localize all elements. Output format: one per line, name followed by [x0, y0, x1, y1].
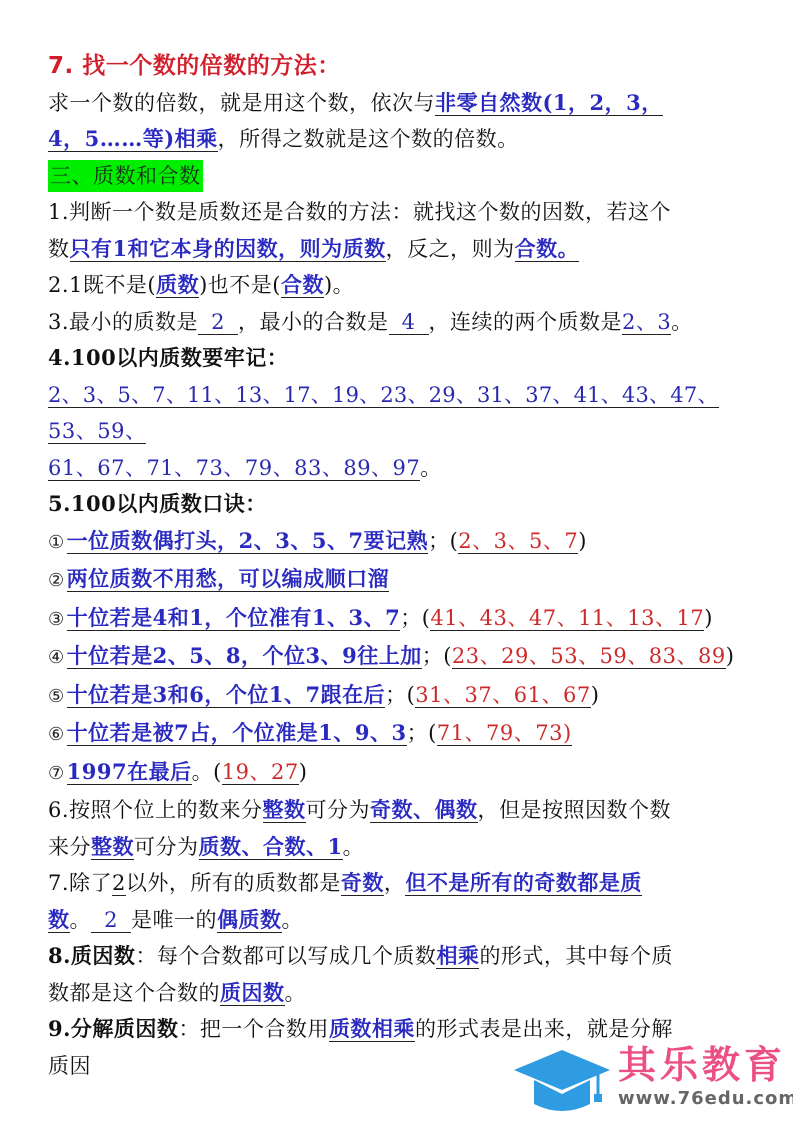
mnemonic-row-5: ⑤十位若是3和6，个位1、7跟在后；(31、37、61、67)	[48, 677, 748, 716]
text: ：每个合数都可以写成几个质数	[135, 944, 436, 968]
mnemonic-text: 十位若是2、5、8，个位3、9往上加	[67, 643, 422, 669]
answer-blank: 质数、合数、1	[199, 834, 343, 860]
item7-line1: 7.除了2以外，所有的质数都是奇数，但不是所有的奇数都是质	[48, 865, 748, 902]
mnemonic-answer: 41、43、47、11、13、17	[430, 606, 704, 631]
text: ；(	[407, 721, 437, 745]
graduation-cap-icon	[512, 1048, 612, 1122]
answer-blank: 奇数	[341, 870, 384, 896]
mnemonic-row-3: ③十位若是4和1，个位准有1、3、7；(41、43、47、11、13、17)	[48, 600, 748, 639]
item3: 3.最小的质数是2，最小的合数是4，连续的两个质数是2、3。	[48, 304, 748, 341]
answer-blank: 53、59、	[48, 419, 146, 444]
mnemonic-answer: 71、79、73)	[437, 721, 572, 746]
chapter-heading-row: 三、质数和合数	[48, 158, 748, 195]
answer-blank: 合数。	[515, 236, 580, 262]
text: ，但是按照因数个数	[478, 798, 672, 822]
mnemonic-row-7: ⑦1997在最后。(19、27)	[48, 754, 748, 793]
text: 的形式，其中每个质	[479, 944, 673, 968]
text: ，连续的两个质数是	[429, 310, 623, 334]
brand-name: 其乐教育	[618, 1042, 786, 1088]
item1-line2: 数只有1和它本身的因数，则为质数，反之，则为合数。	[48, 231, 748, 268]
mnemonic-answer: 2、3、5、7	[458, 529, 578, 554]
text: ；(	[385, 683, 415, 707]
text: 数都是这个合数的	[48, 981, 220, 1005]
text: ：把一个合数用	[178, 1017, 329, 1041]
circled-number: ①	[48, 532, 65, 553]
mnemonic-row-2: ②两位质数不用愁，可以编成顺口溜	[48, 561, 748, 600]
text: 以外，所有的质数都是	[126, 871, 341, 895]
text: 数	[48, 237, 70, 261]
answer-blank: 偶质数	[217, 907, 282, 933]
answer-blank: 非零自然数(1，2，3，	[435, 90, 663, 116]
mnemonic-answer: 19、27	[222, 760, 299, 785]
paragraph-multiples-line2: 4，5……等)相乘，所得之数就是这个数的倍数。	[48, 121, 748, 158]
mnemonic-text: 一位质数偶打头，2、3、5、7要记熟	[67, 528, 428, 554]
answer-blank: 2、3	[622, 310, 671, 335]
answer-blank: 但不是所有的奇数都是质	[405, 870, 642, 896]
text: 。	[343, 835, 365, 859]
answer-blank: 质数	[156, 272, 199, 298]
answer-blank: 整数	[91, 834, 134, 860]
text: 。	[70, 908, 92, 932]
chapter-heading: 三、质数和合数	[48, 160, 203, 192]
mnemonic-text: 十位若是3和6，个位1、7跟在后	[67, 682, 385, 708]
text: ，所得之数就是这个数的倍数。	[218, 127, 519, 151]
circled-number: ②	[48, 570, 65, 591]
item7-line2: 数。2是唯一的偶质数。	[48, 902, 748, 939]
primes-row1: 2、3、5、7、11、13、17、19、23、29、31、37、41、43、47…	[48, 377, 748, 414]
answer-blank: 质因数	[220, 980, 285, 1006]
circled-number: ⑤	[48, 686, 65, 707]
text: )	[299, 760, 308, 784]
mnemonic-text: 十位若是4和1，个位准有1、3、7	[67, 605, 401, 631]
text: )	[704, 606, 713, 630]
text: 。(	[192, 760, 222, 784]
answer-blank: 相乘	[436, 943, 479, 969]
mnemonic-text: 两位质数不用愁，可以编成顺口溜	[67, 566, 390, 592]
mnemonic-heading: 5.100以内质数口诀：	[48, 486, 748, 523]
primes-heading: 4.100以内质数要牢记：	[48, 340, 748, 377]
primes-row3: 61、67、71、73、79、83、89、97。	[48, 450, 748, 487]
term-label: 8.质因数	[48, 943, 135, 968]
item8-line1: 8.质因数：每个合数都可以写成几个质数相乘的形式，其中每个质	[48, 938, 748, 975]
mnemonic-answer: 31、37、61、67	[415, 683, 590, 708]
answer-blank: 2	[198, 310, 238, 335]
text: ，最小的合数是	[238, 310, 389, 334]
text: 是唯一的	[131, 908, 217, 932]
item1-line1: 1.判断一个数是质数还是合数的方法：就找这个数的因数，若这个	[48, 194, 748, 231]
term-label: 9.分解质因数	[48, 1016, 178, 1041]
paragraph-multiples-line1: 求一个数的倍数，就是用这个数，依次与非零自然数(1，2，3，	[48, 85, 748, 122]
answer-blank: 数	[48, 907, 70, 933]
text: )	[578, 529, 587, 553]
text: )	[726, 644, 735, 668]
mnemonic-text: 1997在最后	[67, 759, 192, 785]
primes-row2: 53、59、	[48, 413, 748, 450]
text: ，	[384, 871, 406, 895]
mnemonic-row-1: ①一位质数偶打头，2、3、5、7要记熟；(2、3、5、7)	[48, 523, 748, 562]
text: )	[591, 683, 600, 707]
text: 。	[420, 456, 442, 480]
answer-blank: 2、3、5、7、11、13、17、19、23、29、31、37、41、43、47…	[48, 383, 719, 408]
document-page: 7. 找一个数的倍数的方法： 求一个数的倍数，就是用这个数，依次与非零自然数(1…	[48, 48, 748, 1084]
answer-blank: 61、67、71、73、79、83、89、97	[48, 456, 420, 481]
answer-blank: 4	[389, 310, 429, 335]
text: )。	[324, 273, 354, 297]
answer-blank: 2	[112, 871, 126, 896]
text: ；(	[428, 529, 458, 553]
answer-blank: 2	[91, 908, 131, 933]
text: 。	[282, 908, 304, 932]
answer-blank: 奇数、偶数	[370, 797, 478, 823]
text: 可分为	[134, 835, 199, 859]
mnemonic-answer: 23、29、53、59、83、89	[452, 644, 726, 669]
mnemonic-row-6: ⑥十位若是被7占，个位准是1、9、3；(71、79、73)	[48, 715, 748, 754]
text: ，反之，则为	[386, 237, 515, 261]
circled-number: ③	[48, 609, 65, 630]
text: 6.按照个位上的数来分	[48, 798, 263, 822]
text: 。	[285, 981, 307, 1005]
watermark-logo: 其乐教育 www.76edu.com	[510, 1040, 790, 1120]
answer-blank: 整数	[263, 797, 306, 823]
text: 2.1既不是(	[48, 273, 156, 297]
circled-number: ⑦	[48, 763, 65, 784]
item6-line2: 来分整数可分为质数、合数、1。	[48, 829, 748, 866]
circled-number: ⑥	[48, 724, 65, 745]
text: 的形式表是出来，就是分解	[415, 1017, 673, 1041]
mnemonic-text: 十位若是被7占，个位准是1、9、3	[67, 720, 407, 746]
text: 求一个数的倍数，就是用这个数，依次与	[48, 91, 435, 115]
answer-blank: 4，5……等)相乘	[48, 126, 218, 152]
answer-blank: 合数	[281, 272, 324, 298]
item6-line1: 6.按照个位上的数来分整数可分为奇数、偶数，但是按照因数个数	[48, 792, 748, 829]
item8-line2: 数都是这个合数的质因数。	[48, 975, 748, 1012]
text: 可分为	[306, 798, 371, 822]
circled-number: ④	[48, 647, 65, 668]
mnemonic-row-4: ④十位若是2、5、8，个位3、9往上加；(23、29、53、59、83、89)	[48, 638, 748, 677]
text: ；(	[422, 644, 452, 668]
brand-url: www.76edu.com	[618, 1088, 793, 1109]
item2: 2.1既不是(质数)也不是(合数)。	[48, 267, 748, 304]
section-title-multiples: 7. 找一个数的倍数的方法：	[48, 48, 748, 85]
answer-blank: 只有1和它本身的因数，则为质数	[70, 236, 386, 262]
text: 3.最小的质数是	[48, 310, 198, 334]
text: )也不是(	[199, 273, 281, 297]
text: 。	[671, 310, 693, 334]
text: 来分	[48, 835, 91, 859]
answer-blank: 质数相乘	[329, 1016, 415, 1042]
text: 7.除了	[48, 871, 112, 895]
text: ；(	[400, 606, 430, 630]
